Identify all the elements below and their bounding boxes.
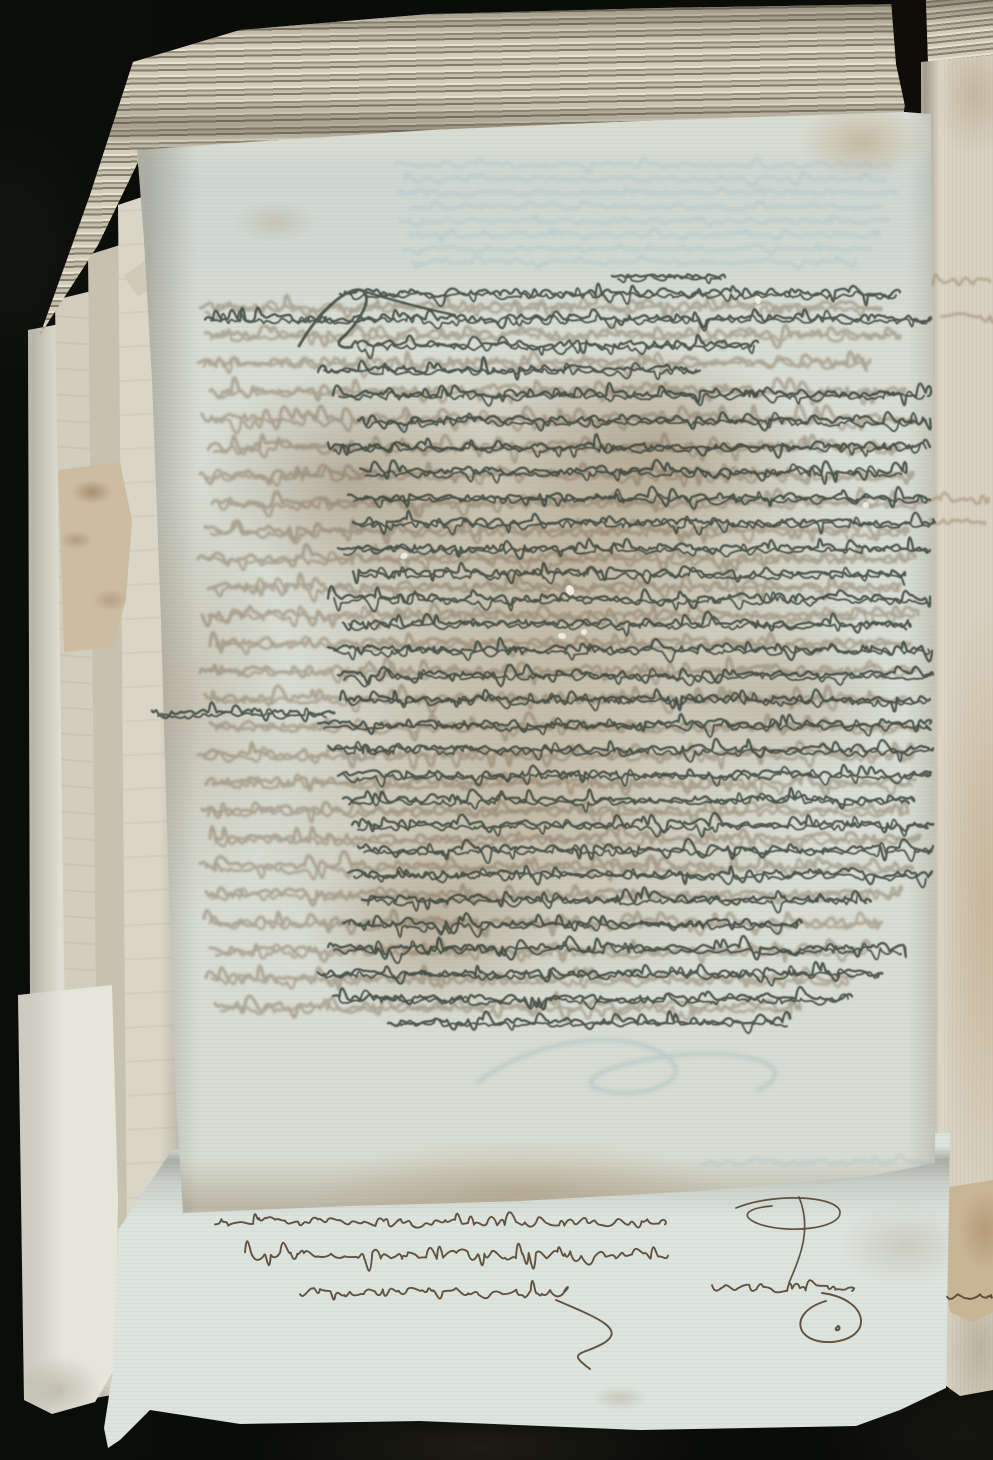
photo-frame <box>0 0 993 1460</box>
